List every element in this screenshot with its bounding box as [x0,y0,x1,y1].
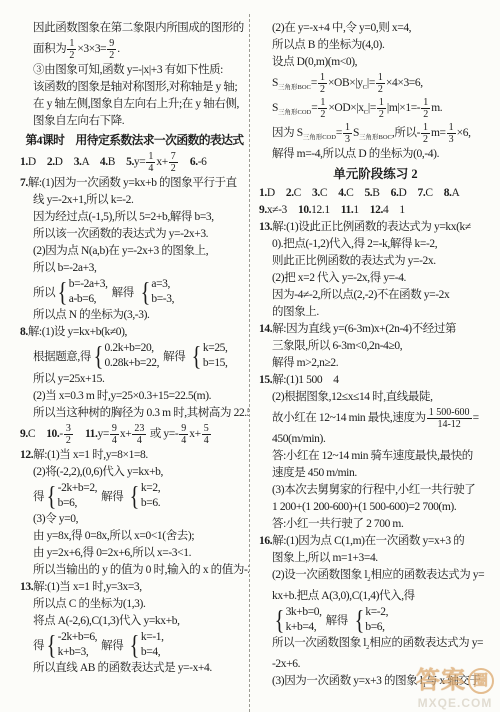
text-segment: 所以一次函数图象 [272,637,363,649]
watermark-site: MXQE.COM [416,696,494,710]
left-brace-icon: { [140,280,149,304]
text-segment: 因为 [272,127,297,139]
text-segment: B [108,156,126,168]
solution-line: 9.C 10.-32 11.y=94x+234 或 y=-94x+54 [20,422,249,447]
text-segment: ×4×3=6, [386,77,423,89]
equation-stack: -2k+b=2,b=6, [58,481,97,511]
fraction: 72 [168,150,179,175]
text-segment: 解:(1)1 500 4 [272,374,338,386]
fraction: 12 [66,37,77,62]
fraction-numerator: 1 [447,122,456,134]
answer-number: 3. [312,187,320,199]
watermark-logo-text: 答案 [416,668,466,694]
text-segment: x+ [120,428,131,440]
fraction-denominator: 2 [421,134,430,145]
fraction-denominator: 2 [376,84,385,95]
answer-number: 14. [259,323,272,335]
text-segment: |= [367,77,375,89]
left-brace-icon: { [354,608,363,632]
fraction-numerator: 1 [318,72,327,84]
equation-stack: -2k+b=6,k+b=3, [58,630,97,660]
solution-line: 所以当输出的 y 的值为 0 时,输入的 x 的值为-3. [20,562,249,579]
left-brace-icon: { [94,344,103,368]
solution-line: (2)设一次函数图象 l2相应的函数表达式为 y= [259,567,492,588]
text-segment: A [452,187,460,199]
text-segment: 解:(1)设此正比例函数的表达式为 y=kx(k≠ [272,221,471,233]
solution-line: 设点 D(0,m)(m<0), [259,54,492,71]
fraction-denominator: 2 [107,50,116,61]
equation-system: 所以{b=-2a+3,a-b=6,解得{a=3,b=-3, [20,277,249,307]
equation-system: {3k+b=0,k+b=4,解得{k=-2,b=6, [259,605,492,635]
fraction: 12 [420,96,431,121]
text-segment [179,156,190,168]
section-heading: 第4课时 用待定系数法求一次函数的表达式 [20,130,249,150]
solution-line: (2)在 y=-x+4 中,令 y=0,则 x=4, [259,20,492,37]
equation-line: b=6, [365,620,388,635]
text-segment: ×OD×| [328,102,358,114]
text-segment: y= [97,428,108,440]
text-segment: 面积为 [33,43,66,55]
solution-line: kx+b.把点 A(3,0),C(1,4)代入,得 [259,588,492,605]
fraction-numerator: 1 [146,151,155,163]
equation-line: k=2, [141,481,160,496]
solution-line: 13.解:(1)当 x=1 时,y=3x=3, [20,579,249,596]
solution-line: 因为 S三角形COD=13S三角形BOC,所以-12m=13×6, [259,121,492,146]
system-prefix: 根据题意,得 [33,348,91,364]
system-solve-label: 解得 [97,637,127,653]
text-segment: y= [134,156,145,168]
text-segment: D [55,156,74,168]
fraction: 92 [106,37,117,62]
solution-line: 12.解:(1)当 x=1 时,y=8×1=8. [20,447,249,464]
equation-line: b=4, [141,645,164,660]
system-prefix: 得 [33,488,44,504]
text-segment: D [398,187,417,199]
system-prefix: 所以 [33,284,55,300]
text-segment: C [28,428,46,440]
equation-line: k+b=4, [286,620,322,635]
solution-line: 所以 b=-2a+3, [20,260,249,277]
solution-line: 面积为12×3×3=92. [20,37,249,62]
solution-line: 解得 m=-4,所以点 D 的坐标为(0,-4). [259,146,492,163]
answer-number: 2. [47,156,55,168]
answer-number: 7. [20,177,28,189]
solution-line: 因此函数图象在第二象限内所围成的图形的 [20,20,249,37]
text-segment: ×OB×| [328,77,357,89]
fraction-denominator: 2 [318,84,327,95]
answer-number: 10. [298,204,311,216]
solution-line: 所以一次函数图象 l2相应的函数表达式为 y= [259,635,492,656]
solution-line: 解得 m>2,n≥2. [259,355,492,372]
equation-line: 3k+b=0, [286,605,322,620]
answer-number: 10. [46,428,59,440]
solution-line: 在 y 轴左侧,图象自左向右上升;在 y 轴右侧, [20,96,249,113]
fraction-numerator: 1 500-600 [427,407,472,419]
solution-line: 答:小红一共行驶了 2 700 m. [259,516,492,533]
fraction-denominator: 14-12 [427,419,472,430]
fraction-numerator: 7 [169,151,178,163]
fraction: 1 500-60014-12 [426,406,473,431]
fraction-numerator: 9 [110,423,119,435]
answer-number: 13. [259,221,272,233]
text-segment: 或 y=- [147,428,178,440]
fraction: 12 [317,96,328,121]
text-segment: 解:(1)当 x=1 时,y=3x=3, [33,581,142,593]
answer-number: 15. [259,374,272,386]
solution-line: 所以 y=25x+15. [20,371,249,388]
left-brace-icon: { [130,484,139,508]
fraction: 12 [376,96,387,121]
section-heading: 单元阶段练习 2 [259,163,492,185]
equation-stack: a=3,b=-3, [151,277,174,307]
fraction: 13 [342,121,353,146]
fraction-numerator: 23 [132,423,146,435]
solution-line: 15.解:(1)1 500 4 [259,372,492,389]
solution-line: (3)令 y=0, [20,511,249,528]
fraction-numerator: 1 [67,38,76,50]
text-segment: 相应的函数表达式为 y= [370,569,484,581]
solution-line: (2)当 x=0.3 m 时,y=25×0.3+15=22.5(m). [20,388,249,405]
fraction-numerator: 1 [377,97,386,109]
column-right: (2)在 y=-x+4 中,令 y=0,则 x=4,所以点 B 的坐标为(4,0… [259,20,492,694]
solution-line: 所以点 C 的坐标为(1,3). [20,596,249,613]
system-solve-label: 解得 [108,284,138,300]
equation-stack: k=2,b=6. [141,481,160,511]
solution-line: 1 200+(1 200-600)+(1 500-600)=2 700(m). [259,499,492,516]
text-segment: 解:(1)因为一次函数 y=kx+b 的图象平行于直 [28,177,237,189]
solution-line: 所以该一次函数的表达式为 y=-2x+3. [20,226,249,243]
text-segment: -6 [198,156,207,168]
solution-line: 由 y=8x,得 0=8x,所以 x=0<1(舍去); [20,528,249,545]
solution-line: 9.x≠-3 10.12.1 11.1 12.4 1 [259,202,492,219]
answer-number: 8. [20,326,28,338]
left-brace-icon: { [58,280,67,304]
solution-line: 速度是 450 m/min. [259,465,492,482]
fraction-denominator: 4 [110,435,119,446]
solution-line: 13.解:(1)设此正比例函数的表达式为 y=kx(k≠ [259,219,492,236]
text-segment: 解:(1)因为点 C(1,m)在一次函数 y=x+3 的 [272,535,464,547]
solution-line: 故小红在 12~14 min 最快,速度为1 500-60014-12= [259,406,492,431]
subscript: 三角形BOC [278,84,311,91]
equation-stack: k=-2,b=6, [365,605,388,635]
text-segment: m. [431,102,442,114]
text-segment: (2)设一次函数图象 [272,569,364,581]
answer-number: 2. [286,187,294,199]
text-segment: (3)因为一次函数 y=x+3 的图象 [272,675,420,687]
solution-line: ③由图象可知,函数 y=-|x|+3 有如下性质: [20,62,249,79]
text-segment: ×6, [457,127,471,139]
equation-line: k=-2, [365,605,388,620]
equation-stack: 0.2k+b=20,0.28k+b=22, [105,341,160,371]
answer-number: 4. [100,156,108,168]
text-segment: ,所以- [392,127,420,139]
equation-system: 得{-2k+b=6,k+b=3,解得{k=-1,b=4, [20,630,249,660]
fraction-numerator: 1 [421,97,430,109]
answer-number: 12. [20,449,33,461]
solution-line: 所以点 N 的坐标为(3,-3). [20,307,249,324]
solution-line: 则此正比例函数的表达式为 y=-2x. [259,253,492,270]
fraction: 14 [145,150,156,175]
solution-line: 的图象上. [259,304,492,321]
equation-stack: 3k+b=0,k+b=4, [286,605,322,635]
equation-line: a=3, [151,277,174,292]
equation-line: k=-1, [141,630,164,645]
column-left: 因此函数图象在第二象限内所围成的图形的面积为12×3×3=92.③由图象可知,函… [20,20,249,677]
equation-line: b=6. [141,496,160,511]
fraction-denominator: 2 [377,109,386,120]
solution-line: 1.D 2.D 3.A 4.B 5.y=14x+72 6.-6 [20,150,249,175]
answer-number: 11. [341,204,354,216]
left-brace-icon: { [192,344,201,368]
text-segment: C [320,187,338,199]
left-brace-icon: { [47,633,56,657]
text-segment: 12.1 [311,204,341,216]
text-segment: 相应的函数表达式为 y= [369,637,483,649]
text-segment: x+ [156,156,167,168]
answer-number: 11. [85,428,98,440]
equation-stack: b=-2a+3,a-b=6, [69,277,108,307]
fraction-denominator: 4 [179,435,188,446]
equation-stack: k=25,b=15, [203,341,228,371]
solution-line: 8.解:(1)设 y=kx+b(k≠0), [20,324,249,341]
watermark-logo: 答案圈 [416,666,494,696]
text-segment: C [294,187,312,199]
solution-line: 14.解:因为直线 y=(6-3m)x+(2n-4)不经过第 [259,321,492,338]
equation-line: 0.28k+b=22, [105,356,160,371]
equation-line: k=25, [203,341,228,356]
text-segment: D [267,187,286,199]
fraction-numerator: 1 [376,72,385,84]
text-segment: 解:因为直线 y=(6-3m)x+(2n-4)不经过第 [272,323,456,335]
solution-line: 所以直线 AB 的函数表达式是 y=-x+4. [20,660,249,677]
text-segment: |= [368,102,376,114]
equation-line: k+b=3, [58,645,97,660]
solution-line: 16.解:(1)因为点 C(1,m)在一次函数 y=x+3 的 [259,533,492,550]
fraction-denominator: 2 [421,109,430,120]
equation-line: 0.2k+b=20, [105,341,160,356]
text-segment: B [372,187,390,199]
fraction-denominator: 3 [343,134,352,145]
text-segment: 1 [353,204,369,216]
system-prefix: 得 [33,637,44,653]
fraction-numerator: 1 [318,97,327,109]
fraction-numerator: 1 [421,122,430,134]
fraction-denominator: 4 [146,163,155,174]
answer-number: 12. [370,204,383,216]
equation-system: 得{-2k+b=2,b=6,解得{k=2,b=6. [20,481,249,511]
solution-line: 因为-4≠-2,所以点(2,-2)不在函数 y=-2x [259,287,492,304]
fraction-numerator: 9 [107,38,116,50]
text-segment: x≠-3 [267,204,298,216]
fraction-denominator: 3 [447,134,456,145]
answer-number: 13. [20,581,33,593]
equation-stack: k=-1,b=4, [141,630,164,660]
fraction: 13 [446,121,457,146]
solution-line: 由 y=2x+6,得 0=2x+6,所以 x=-3<1. [20,545,249,562]
solution-line: 图象上,所以 m=1+3=4. [259,550,492,567]
text-segment: 4 1 [383,204,405,216]
answer-number: 4. [338,187,346,199]
equation-line: b=6, [58,496,97,511]
fraction: 94 [178,422,189,447]
text-segment: 解:(1)当 x=1 时,y=8×1=8. [33,449,148,461]
equation-system: 根据题意,得{0.2k+b=20,0.28k+b=22,解得{k=25,b=15… [20,341,249,371]
solution-line: (2)把 x=2 代入 y=-2x,得 y=-4. [259,270,492,287]
fraction-denominator: 2 [64,435,73,446]
system-solve-label: 解得 [97,488,127,504]
fraction-numerator: 1 [343,122,352,134]
fraction: 94 [109,422,120,447]
solution-line: 0).把点(-1,2)代入,得 2=-k,解得 k=-2, [259,236,492,253]
solution-line: S三角形BOC=12×OB×|yC|=12×4×3=6, [259,71,492,96]
solution-line: (3)本次去舅舅家的行程中,小红一共行驶了 [259,482,492,499]
equation-line: b=15, [203,356,228,371]
solution-line: 1.D 2.C 3.C 4.C 5.B 6.D 7.C 8.A [259,185,492,202]
solution-line: S三角形COD=12×OD×|xC|=12|m|×1=-12m. [259,96,492,121]
answer-page: 因此函数图象在第二象限内所围成的图形的面积为12×3×3=92.③由图象可知,函… [0,0,500,712]
answer-number: 9. [259,204,267,216]
watermark: 答案圈 MXQE.COM [416,666,494,710]
solution-line: 该函数的图象是轴对称图形,对称轴是 y 轴; [20,79,249,96]
text-segment: C [425,187,443,199]
text-segment: C [346,187,364,199]
column-divider [249,14,250,712]
subscript: 三角形COD [278,109,311,116]
left-brace-icon: { [130,633,139,657]
fraction-numerator: 3 [64,423,73,435]
text-segment: 解:(1)设 y=kx+b(k≠0), [28,326,127,338]
text-segment: m= [431,127,446,139]
fraction-numerator: 9 [179,423,188,435]
fraction-denominator: 4 [132,435,146,446]
equation-line: b=-3, [151,292,174,307]
equation-line: -2k+b=6, [58,630,97,645]
solution-line: 答:小红在 12~14 min 骑车速度最快,最快的 [259,448,492,465]
equation-line: -2k+b=2, [58,481,97,496]
fraction: 54 [201,422,212,447]
fraction: 12 [375,71,386,96]
fraction: 32 [63,422,74,447]
answer-number: 16. [259,535,272,547]
system-solve-label: 解得 [322,612,352,628]
text-segment: = [473,413,479,425]
left-brace-icon: { [275,608,284,632]
solution-line: 将点 A(-2,6),C(1,3)代入 y=kx+b, [20,613,249,630]
solution-line: 因为经过点(-1,5),所以 5=2+b,解得 b=3, [20,209,249,226]
text-segment: A [82,156,100,168]
left-brace-icon: { [47,484,56,508]
answer-number: 8. [444,187,452,199]
subscript: 三角形BOC [359,134,392,141]
text-segment: . [117,43,119,55]
text-segment: D [28,156,47,168]
fraction-denominator: 2 [169,163,178,174]
subscript: 三角形COD [303,134,336,141]
solution-line: 所以当这种树的胸径为 0.3 m 时,其树高为 22.5 m. [20,405,249,422]
fraction: 12 [317,71,328,96]
solution-line: (2)将(-2,2),(0,6)代入 y=kx+b, [20,464,249,481]
answer-number: 9. [20,428,28,440]
text-segment: x+ [189,428,200,440]
solution-line: (2)根据图象,12≤x≤14 时,直线最陡, [259,389,492,406]
solution-line: 7.解:(1)因为一次函数 y=kx+b 的图象平行于直 [20,175,249,192]
equation-line: a-b=6, [69,292,108,307]
answer-number: 1. [20,156,28,168]
answer-number: 1. [259,187,267,199]
solution-line: 所以点 B 的坐标为(4,0). [259,37,492,54]
answer-number: 6. [190,156,198,168]
fraction-denominator: 2 [67,50,76,61]
fraction-denominator: 2 [318,109,327,120]
fraction: 12 [420,121,431,146]
solution-line: (2)因为点 N(a,b)在 y=-2x+3 的图象上, [20,243,249,260]
text-segment: ×3×3= [77,43,106,55]
text-segment [74,428,85,440]
solution-line: 图象自左向右下降. [20,113,249,130]
solution-line: 450(m/min). [259,431,492,448]
equation-line: b=-2a+3, [69,277,108,292]
watermark-circle-icon: 圈 [468,668,494,694]
system-solve-label: 解得 [159,348,189,364]
solution-line: 三象限,所以 6-3m<0,2n-4≥0, [259,338,492,355]
answer-number: 5. [126,156,134,168]
solution-line: 线 y=-2x+1,所以 k=-2. [20,192,249,209]
fraction-denominator: 4 [202,435,211,446]
text-segment: 故小红在 12~14 min 最快,速度为 [272,413,426,425]
answer-number: 3. [74,156,82,168]
text-segment: |m|×1=- [387,102,420,114]
fraction-numerator: 5 [202,423,211,435]
fraction: 234 [131,422,147,447]
